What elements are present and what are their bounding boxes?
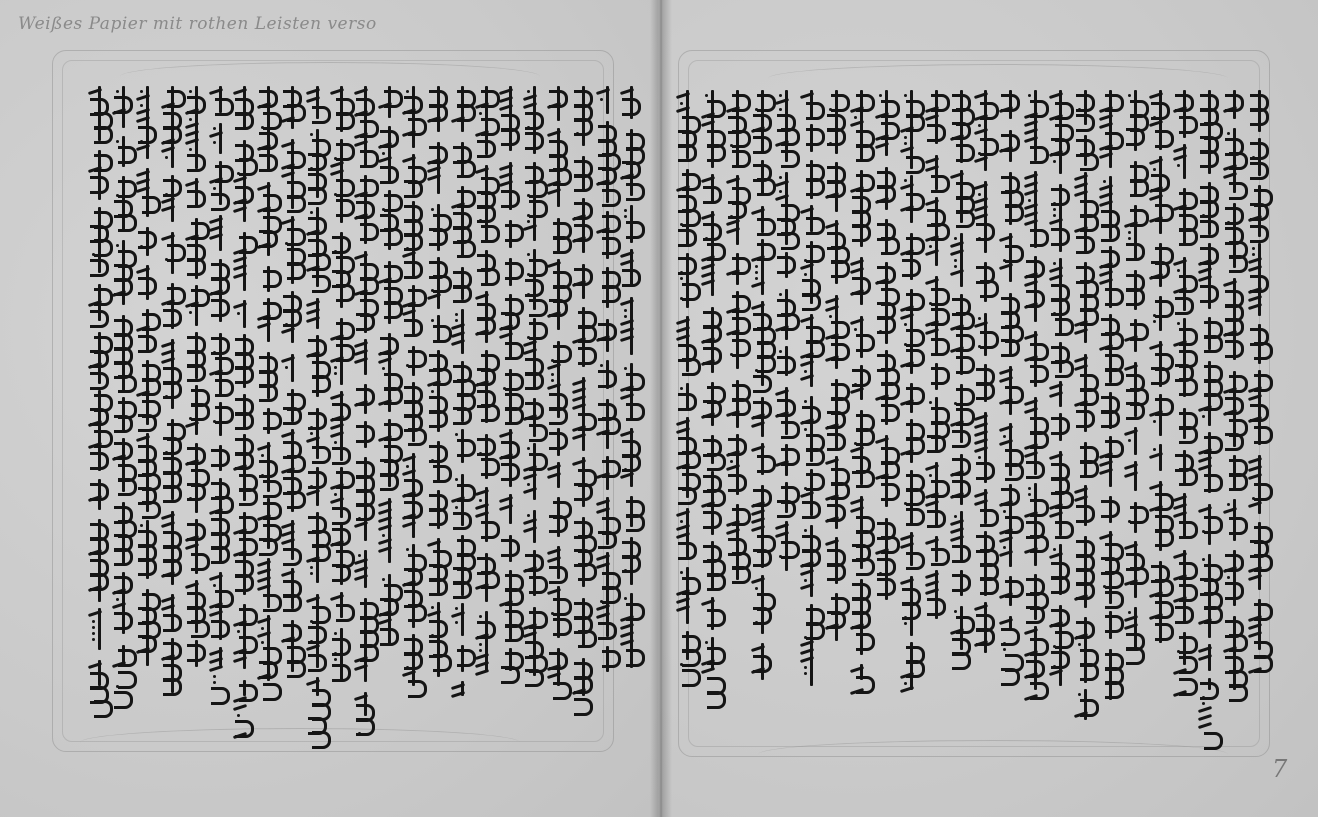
script-word (402, 86, 424, 148)
script-word (1198, 678, 1220, 690)
text-column (726, 90, 748, 580)
text-column (751, 90, 773, 680)
script-word (547, 497, 569, 537)
script-word (112, 86, 134, 128)
script-word (523, 86, 545, 154)
script-word (378, 261, 400, 324)
script-word (825, 220, 847, 284)
script-word (900, 175, 922, 223)
script-word (825, 90, 847, 154)
script-word (974, 412, 996, 483)
script-word (751, 575, 773, 634)
script-word (233, 334, 255, 388)
text-column (701, 90, 723, 670)
script-word (1024, 90, 1046, 161)
script-word (925, 397, 947, 452)
script-word (850, 664, 872, 680)
script-word (751, 485, 773, 568)
text-column (900, 90, 922, 690)
script-word (1024, 397, 1046, 475)
script-word (1149, 444, 1171, 471)
script-word (1223, 371, 1245, 447)
script-word (185, 86, 207, 169)
script-word (499, 570, 521, 642)
script-word (354, 550, 376, 588)
text-column (1049, 90, 1071, 700)
script-word (1173, 90, 1195, 138)
script-word (701, 541, 723, 591)
text-column (1074, 90, 1096, 720)
script-word (950, 511, 972, 563)
text-column (88, 86, 110, 686)
script-word (451, 142, 473, 176)
script-word (1024, 331, 1046, 387)
text-column (572, 86, 594, 696)
script-word (875, 518, 897, 600)
text-column (499, 86, 521, 671)
script-word (1124, 607, 1146, 650)
script-word (1248, 138, 1270, 176)
script-word (499, 86, 521, 151)
script-word (726, 291, 748, 369)
script-word (676, 631, 698, 660)
text-column (547, 86, 569, 686)
script-word (596, 497, 618, 545)
script-word (974, 531, 996, 596)
script-word (427, 257, 449, 309)
script-word (751, 90, 773, 152)
script-word (1198, 432, 1220, 493)
script-word (281, 389, 303, 422)
script-word (257, 615, 279, 681)
script-word (676, 316, 698, 372)
script-word (1149, 156, 1171, 234)
script-word (850, 365, 872, 400)
script-word (547, 86, 569, 121)
script-word (1248, 370, 1270, 445)
script-word (1074, 172, 1096, 253)
script-word (900, 233, 922, 280)
script-word (1173, 188, 1195, 246)
script-word (427, 602, 449, 677)
script-word (112, 397, 134, 432)
script-word (1074, 90, 1096, 125)
script-word (620, 428, 642, 487)
script-word (999, 484, 1021, 567)
script-word (800, 469, 822, 516)
script-word (88, 608, 110, 650)
script-word (850, 579, 872, 655)
script-word (1223, 616, 1245, 690)
script-word (1124, 161, 1146, 195)
script-word (999, 576, 1021, 606)
text-column (875, 90, 897, 610)
script-word (572, 598, 594, 647)
script-word (112, 502, 134, 566)
script-word (1074, 689, 1096, 720)
script-word (1198, 243, 1220, 309)
script-word (161, 419, 183, 500)
script-word (999, 130, 1021, 162)
script-word (825, 593, 847, 641)
script-word (136, 360, 158, 425)
script-word (900, 532, 922, 566)
script-word (112, 315, 134, 391)
script-word (572, 264, 594, 299)
script-word (257, 352, 279, 399)
script-word (209, 402, 231, 436)
script-word (701, 435, 723, 464)
script-word (596, 552, 618, 637)
script-word (620, 537, 642, 585)
script-word (1149, 341, 1171, 387)
script-word (402, 544, 424, 628)
script-word (1223, 203, 1245, 268)
script-word (306, 467, 328, 506)
script-word (1099, 246, 1121, 308)
script-word (1248, 90, 1270, 132)
script-word (427, 490, 449, 529)
script-word (1173, 632, 1195, 665)
script-word (1124, 427, 1146, 455)
script-word (427, 315, 449, 342)
script-word (161, 232, 183, 274)
script-word (88, 479, 110, 510)
script-word (1124, 270, 1146, 310)
script-word (620, 205, 642, 243)
script-word (547, 341, 569, 418)
script-word (701, 637, 723, 670)
text-column (354, 86, 376, 716)
script-word (1149, 394, 1171, 436)
script-word (850, 316, 872, 358)
script-word (1074, 442, 1096, 478)
script-word (451, 186, 473, 258)
script-word (523, 607, 545, 676)
script-word (925, 90, 947, 144)
script-word (900, 289, 922, 374)
script-word (209, 647, 231, 666)
script-word (1124, 90, 1146, 151)
text-column (475, 86, 497, 671)
script-word (354, 421, 376, 448)
text-column (523, 86, 545, 676)
script-word (185, 178, 207, 207)
script-word (1149, 296, 1171, 331)
script-word (499, 429, 521, 487)
script-word (1049, 605, 1071, 686)
script-word (1099, 436, 1121, 487)
script-word (499, 220, 521, 248)
script-word (572, 377, 594, 451)
script-word (112, 438, 134, 492)
script-word (402, 285, 424, 336)
script-word (775, 387, 797, 435)
script-word (950, 233, 972, 287)
script-word (1024, 483, 1046, 566)
script-word (281, 568, 303, 609)
script-word (209, 333, 231, 396)
script-word (354, 384, 376, 414)
script-word (1049, 544, 1071, 595)
script-word (950, 454, 972, 505)
script-word (1124, 205, 1146, 259)
script-word (900, 642, 922, 690)
text-column (950, 90, 972, 650)
script-word (306, 86, 328, 119)
script-word (1049, 342, 1071, 373)
script-word (306, 129, 328, 198)
text-column (257, 86, 279, 681)
script-word (572, 156, 594, 191)
script-word (775, 252, 797, 278)
script-word (1074, 536, 1096, 608)
script-word (523, 510, 545, 543)
script-word (378, 190, 400, 250)
script-word (257, 298, 279, 342)
script-word (233, 604, 255, 669)
script-word (547, 586, 569, 638)
script-word (257, 182, 279, 256)
script-word (775, 346, 797, 376)
script-word (726, 90, 748, 168)
script-word (475, 291, 497, 343)
script-word (950, 384, 972, 443)
script-word (751, 160, 773, 196)
script-word (136, 227, 158, 256)
script-word (1149, 481, 1171, 551)
script-word (523, 318, 545, 390)
script-word (499, 162, 521, 210)
script-word (1124, 319, 1146, 352)
script-word (281, 620, 303, 672)
script-word (136, 309, 158, 353)
script-word (825, 456, 847, 529)
text-column (925, 90, 947, 630)
script-word (475, 250, 497, 284)
script-word (1173, 408, 1195, 439)
script-word (112, 240, 134, 305)
script-word (233, 394, 255, 428)
script-word (1198, 317, 1220, 350)
script-word (999, 172, 1021, 225)
script-word (161, 511, 183, 585)
script-word (999, 293, 1021, 357)
text-column (330, 86, 352, 681)
script-word (402, 201, 424, 278)
script-word (999, 423, 1021, 476)
script-word (451, 681, 473, 696)
script-word (209, 86, 231, 113)
script-word (475, 487, 497, 542)
script-word (185, 580, 207, 633)
text-column (1124, 90, 1146, 650)
script-word (1248, 599, 1270, 650)
script-word (88, 519, 110, 602)
script-word (402, 154, 424, 195)
script-word (233, 512, 255, 595)
script-word (257, 86, 279, 171)
script-word (701, 382, 723, 426)
script-word (676, 90, 698, 159)
script-word (378, 574, 400, 644)
script-word (572, 86, 594, 146)
script-word (88, 86, 110, 141)
text-column (209, 86, 231, 666)
script-word (354, 339, 376, 375)
script-word (751, 397, 773, 437)
script-word (306, 408, 328, 459)
script-word (925, 536, 947, 562)
script-word (1124, 502, 1146, 533)
script-word (974, 90, 996, 171)
script-word (701, 174, 723, 203)
script-word (330, 391, 352, 461)
script-word (1223, 128, 1245, 193)
script-word (257, 442, 279, 492)
script-word (427, 441, 449, 482)
right-page (658, 0, 1318, 817)
script-word (726, 504, 748, 580)
script-word (427, 350, 449, 432)
script-word (451, 429, 473, 463)
script-word (701, 90, 723, 168)
script-word (185, 640, 207, 667)
script-word (209, 161, 231, 205)
script-word (88, 660, 110, 686)
script-word (136, 86, 158, 159)
script-word (596, 399, 618, 449)
script-word (233, 86, 255, 129)
script-word (136, 589, 158, 666)
script-word (499, 535, 521, 562)
script-word (161, 339, 183, 409)
script-word (281, 291, 303, 343)
script-word (1074, 485, 1096, 526)
script-word (547, 128, 569, 207)
text-column (676, 90, 698, 660)
script-word (775, 444, 797, 476)
script-word (620, 249, 642, 287)
script-word (1223, 455, 1245, 489)
script-word (572, 307, 594, 367)
manuscript-scan: Weißes Papier mit rothen Leisten verso 7 (0, 0, 1318, 817)
script-word (209, 445, 231, 471)
script-word (281, 216, 303, 284)
text-column (596, 86, 618, 686)
script-word (88, 284, 110, 321)
pencil-annotation: Weißes Papier mit rothen Leisten verso (18, 14, 377, 34)
script-word (999, 90, 1021, 119)
script-word (330, 86, 352, 132)
script-word (306, 677, 328, 696)
script-word (925, 197, 947, 266)
script-word (523, 550, 545, 596)
script-word (233, 300, 255, 328)
script-word (726, 175, 748, 245)
script-word (925, 570, 947, 619)
script-word (572, 198, 594, 253)
text-column (1248, 90, 1270, 650)
script-word (1248, 455, 1270, 514)
script-word (1049, 413, 1071, 441)
script-word (1099, 392, 1121, 429)
script-word (1099, 314, 1121, 383)
text-column (974, 90, 996, 670)
script-word (620, 297, 642, 355)
script-word (596, 86, 618, 114)
script-word (1223, 499, 1245, 541)
script-word (354, 598, 376, 682)
script-word (900, 470, 922, 524)
script-word (950, 294, 972, 375)
script-word (875, 435, 897, 507)
script-word (1248, 243, 1270, 316)
script-word (451, 645, 473, 672)
script-word (451, 267, 473, 300)
script-word (620, 363, 642, 420)
script-word (475, 553, 497, 602)
script-word (330, 467, 352, 518)
left-page (0, 0, 658, 817)
script-word (950, 570, 972, 596)
right-border-ornament-top (768, 64, 1228, 93)
script-word (185, 443, 207, 513)
script-word (330, 592, 352, 618)
script-word (800, 160, 822, 199)
script-word (427, 204, 449, 251)
book-gutter (650, 0, 672, 817)
script-word (825, 379, 847, 449)
script-word (825, 537, 847, 584)
script-word (701, 307, 723, 373)
script-word (209, 215, 231, 251)
text-column (161, 86, 183, 696)
script-word (88, 332, 110, 384)
script-word (596, 211, 618, 259)
script-word (800, 314, 822, 387)
script-word (233, 232, 255, 291)
text-column (136, 86, 158, 666)
script-word (701, 211, 723, 296)
script-word (306, 207, 328, 287)
text-column (999, 90, 1021, 630)
script-word (572, 517, 594, 587)
script-word (1074, 135, 1096, 166)
script-word (1124, 541, 1146, 598)
script-word (354, 251, 376, 333)
script-word (620, 86, 642, 119)
script-word (825, 162, 847, 212)
script-word (800, 396, 822, 462)
script-word (596, 319, 618, 352)
script-word (185, 519, 207, 574)
script-word (825, 295, 847, 369)
script-word (800, 525, 822, 597)
script-word (330, 524, 352, 585)
script-word (950, 606, 972, 650)
script-word (475, 611, 497, 671)
script-word (1198, 554, 1220, 638)
script-word (1198, 644, 1220, 671)
script-word (161, 638, 183, 693)
script-word (925, 363, 947, 390)
script-word (257, 498, 279, 549)
script-word (1173, 257, 1195, 311)
script-word (1198, 361, 1220, 426)
folio-number: 7 (1272, 755, 1287, 783)
script-word (800, 90, 822, 118)
